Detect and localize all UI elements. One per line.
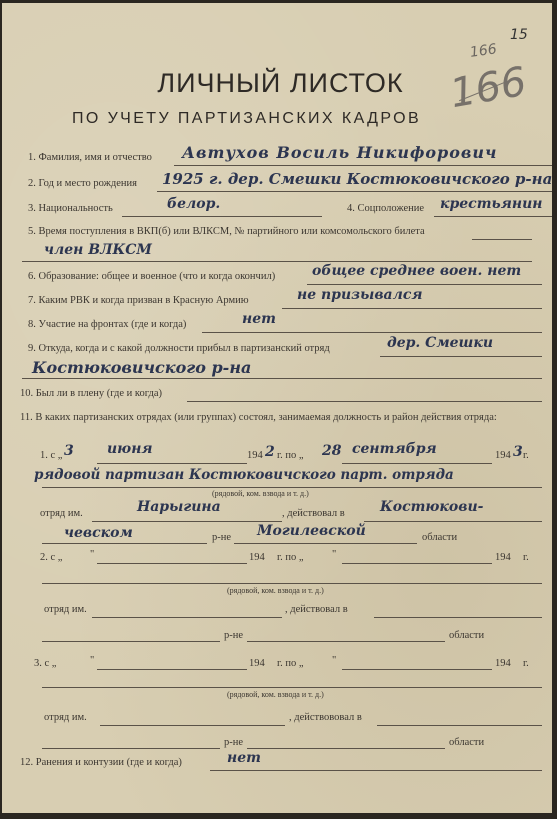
service-1-month-to-line [342,463,492,464]
field-1-value[interactable]: Автухов Восиль Никифорович [182,143,497,162]
service-1-day-from[interactable]: 3 [64,443,74,459]
field-4-value[interactable]: крестьянин [440,196,542,212]
service-1-year-from-digit[interactable]: 2 [265,444,275,460]
service-3-year-from-suffix: г. по „ [277,658,304,669]
field-5-label: 5. Время поступления в ВКП(б) или ВЛКСМ,… [28,226,425,237]
service-1-detachment-line [92,521,282,522]
service-1-position-hint: (рядовой, ком. взвода и т. д.) [212,489,309,498]
service-1-day-to[interactable]: 28 [322,443,341,459]
service-3-year-to-label: 194 [495,658,511,669]
service-3-region-line[interactable] [247,748,445,749]
service-1-region-label: области [422,532,457,543]
field-8-label: 8. Участие на фронтах (где и когда) [28,319,186,330]
service-2-quote-to: " [332,549,336,560]
service-3-position-hint: (рядовой, ком. взвода и т. д.) [227,690,324,699]
service-1-prefix: 1. с „ [40,450,62,461]
service-3-month-to-line[interactable] [342,669,492,670]
field-12-label: 12. Ранения и контузии (где и когда) [20,757,182,768]
field-9-line-b [22,378,542,379]
service-1-detachment[interactable]: Нарыгина [137,499,221,515]
field-6-line [307,284,542,285]
service-2-position-hint: (рядовой, ком. взвода и т. д.) [227,586,324,595]
field-12-line [210,770,542,771]
field-10-line[interactable] [187,401,542,402]
service-3-district-line[interactable] [42,748,220,749]
field-11-label: 11. В каких партизанских отрядах (или гр… [20,411,540,425]
field-3-value[interactable]: белор. [167,196,220,212]
service-1-district-line [42,543,207,544]
service-1-acted-in[interactable]: Костюкови- [380,499,483,515]
service-1-position[interactable]: рядовой партизан Костюковичского парт. о… [34,467,454,483]
service-2-position-line[interactable] [42,583,542,584]
service-1-position-line [42,487,542,488]
service-3-acted-line[interactable] [377,725,542,726]
service-1-year-to-label: 194 [495,450,511,461]
field-8-value[interactable]: нет [242,311,276,327]
service-1-district-label: р-не [212,532,231,543]
field-9-label: 9. Откуда, когда и с какой должности при… [28,343,330,354]
service-1-year-from-label: 194 [247,450,263,461]
service-1-month-to[interactable]: сентября [352,441,437,457]
service-3-detachment-line[interactable] [100,725,285,726]
field-10-label: 10. Был ли в плену (где и когда) [20,388,162,399]
field-5-line-b [22,261,532,262]
annotation-number-15: 15 [510,27,528,43]
service-2-district-line[interactable] [42,641,220,642]
field-12-value[interactable]: нет [227,750,261,766]
service-1-month-from-line [97,463,247,464]
field-5-line-a [472,239,532,240]
field-1-label: 1. Фамилия, имя и отчество [28,152,152,163]
service-2-year-to-suffix: г. [523,552,529,563]
service-1-month-from[interactable]: июня [107,441,153,457]
field-9-line-a [380,356,542,357]
service-1-year-to-digit[interactable]: 3 [513,444,523,460]
service-1-acted-line [364,521,542,522]
service-2-acted-label: , действовал в [285,604,348,615]
field-3-line [122,216,322,217]
service-1-district[interactable]: чевском [64,525,133,541]
service-3-month-from-line[interactable] [97,669,247,670]
service-3-detachment-label: отряд им. [44,712,87,723]
field-4-label: 4. Соцположение [347,203,424,214]
service-2-month-to-line[interactable] [342,563,492,564]
service-1-region-line [234,543,417,544]
service-2-detachment-label: отряд им. [44,604,87,615]
field-1-line [174,165,552,166]
field-2-value[interactable]: 1925 г. дер. Смешки Костюковичского р-на [162,170,552,188]
service-2-region-label: области [449,630,484,641]
service-3-quote-from: " [90,655,94,666]
field-6-value[interactable]: общее среднее воен. нет [312,263,521,279]
service-1-year-to-suffix: г. [523,450,529,461]
service-1-acted-label: , действовал в [282,508,345,519]
service-2-acted-line[interactable] [374,617,542,618]
service-2-detachment-line[interactable] [92,617,282,618]
page-subtitle: ПО УЧЕТУ ПАРТИЗАНСКИХ КАДРОВ [72,110,421,128]
field-4-line [434,216,552,217]
field-3-label: 3. Национальность [28,203,113,214]
field-2-label: 2. Год и место рождения [28,178,137,189]
service-3-district-label: р-не [224,737,243,748]
service-2-year-from-suffix: г. по „ [277,552,304,563]
service-1-year-from-suffix: г. по „ [277,450,304,461]
field-5-value[interactable]: член ВЛКСМ [44,242,152,258]
field-9-value-line1[interactable]: дер. Смешки [387,335,493,351]
service-3-acted-label: , действововал в [289,712,362,723]
service-2-year-to-label: 194 [495,552,511,563]
field-7-value[interactable]: не призывался [297,287,423,303]
service-1-region[interactable]: Могилевской [257,523,366,539]
field-6-label: 6. Образование: общее и военное (что и к… [28,271,275,282]
service-2-year-from-label: 194 [249,552,265,563]
service-2-quote-from: " [90,549,94,560]
service-3-region-label: области [449,737,484,748]
service-3-year-from-label: 194 [249,658,265,669]
field-7-line [282,308,542,309]
document-page: 15 166 166 ЛИЧНЫЙ ЛИСТОК ПО УЧЕТУ ПАРТИЗ… [2,3,552,813]
service-3-quote-to: " [332,655,336,666]
field-8-line [202,332,542,333]
field-7-label: 7. Каким РВК и когда призван в Красную А… [28,295,249,306]
page-title: ЛИЧНЫЙ ЛИСТОК [2,68,557,99]
service-2-month-from-line[interactable] [97,563,247,564]
service-1-detachment-label: отряд им. [40,508,83,519]
field-2-line [157,191,552,192]
service-2-region-line[interactable] [247,641,445,642]
annotation-number-166-small: 166 [469,41,498,61]
service-3-position-line[interactable] [42,687,542,688]
service-2-district-label: р-не [224,630,243,641]
service-3-year-to-suffix: г. [523,658,529,669]
service-3-prefix: 3. с „ [34,658,56,669]
service-2-prefix: 2. с „ [40,552,62,563]
field-9-value-line2[interactable]: Костюковичского р-на [32,358,251,377]
